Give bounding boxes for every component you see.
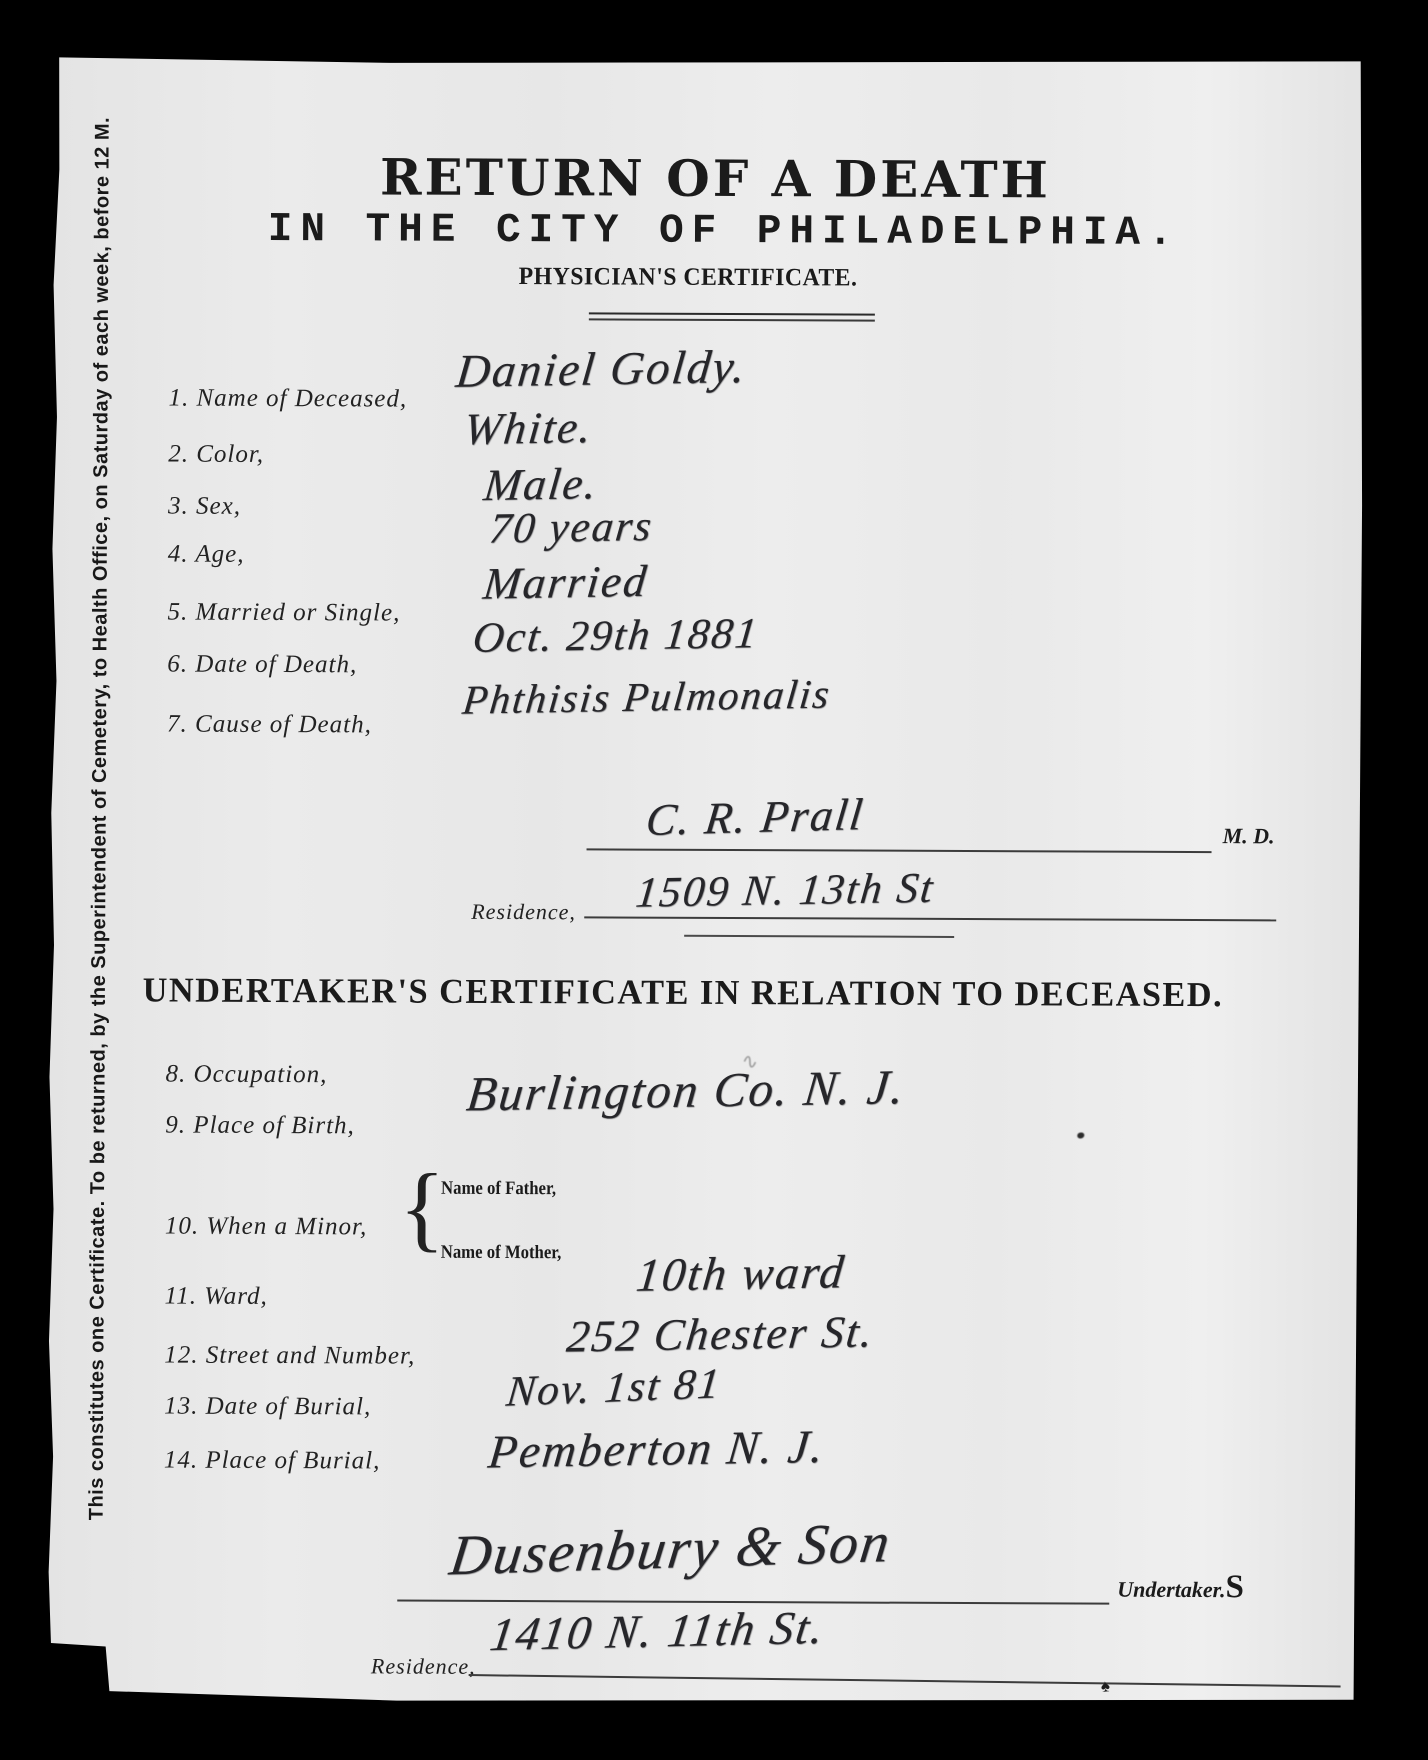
undertaker-residence-label: Residence, — [371, 1653, 476, 1679]
page-title: RETURN OF A DEATH — [115, 146, 1315, 210]
physician-certificate-heading: PHYSICIAN'S CERTIFICATE. — [118, 261, 1258, 294]
physician-signature-line: C. R. Prall — [587, 796, 1212, 853]
field-value-handwritten: Nov. 1st 81 — [504, 1362, 723, 1413]
field-value-handwritten: 70 years — [487, 505, 655, 551]
field-value-handwritten: Phthisis Pulmonalis — [461, 674, 833, 721]
field-value-handwritten: Oct. 29th 1881 — [471, 612, 761, 660]
field-value-handwritten: Male. — [482, 461, 601, 508]
field-label: 2. Color, — [168, 441, 264, 468]
undertaker-stamp-letter: S — [1225, 1569, 1244, 1605]
undertaker-suffix-group: Undertaker.S — [1117, 1569, 1244, 1607]
ornamental-divider — [589, 312, 875, 321]
scanned-document-background: This constitutes one Certificate. To be … — [0, 0, 1428, 1760]
field-row-name-of-deceased: 1. Name of Deceased, Daniel Goldy. — [168, 385, 1364, 424]
field-value-handwritten: Pemberton N. J. — [486, 1424, 827, 1477]
field-label: 5. Married or Single, — [168, 599, 401, 627]
field-label: 11. Ward, — [165, 1283, 268, 1310]
md-suffix: M. D. — [1223, 823, 1275, 849]
death-certificate-page: This constitutes one Certificate. To be … — [41, 54, 1366, 1710]
field-label: 14. Place of Burial, — [164, 1447, 381, 1475]
physician-residence-line: 1509 N. 13th St — [584, 868, 1276, 921]
physician-residence-value: 1509 N. 13th St — [634, 867, 937, 915]
name-of-father-label: Name of Father, — [441, 1178, 556, 1201]
field-row-age: 4. Age, 70 years — [168, 541, 1364, 580]
page-subtitle: IN THE CITY OF PHILADELPHIA. — [124, 206, 1324, 257]
field-label: 13. Date of Burial, — [164, 1393, 371, 1421]
field-row-sex: 3. Sex, Male. — [168, 493, 1364, 532]
field-row-place-of-birth: 9. Place of Birth, Burlington Co. N. J. — [165, 1112, 1361, 1151]
field-value-handwritten: Daniel Goldy. — [454, 344, 749, 396]
field-row-married-or-single: 5. Married or Single, Married — [167, 599, 1363, 638]
field-label: 8. Occupation, — [165, 1061, 327, 1089]
name-of-mother-label: Name of Mother, — [441, 1242, 562, 1265]
field-row-place-of-burial: 14. Place of Burial, Pemberton N. J. — [164, 1447, 1360, 1486]
undertaker-signature: Dusenbury & Son — [447, 1514, 895, 1584]
undertaker-residence-line: 1410 N. 11th St. — [469, 1604, 1342, 1687]
undertaker-suffix: Undertaker. — [1117, 1577, 1225, 1602]
ink-spade-mark: ♠ — [1100, 1676, 1111, 1697]
undertaker-signature-line: Dusenbury & Son — [397, 1518, 1109, 1605]
field-value-handwritten: 252 Chester St. — [565, 1309, 877, 1359]
short-rule — [684, 935, 954, 938]
field-label: 9. Place of Birth, — [165, 1112, 355, 1140]
field-row-color: 2. Color, White. — [168, 441, 1364, 480]
field-row-street-and-number: 12. Street and Number, 252 Chester St. — [164, 1342, 1360, 1381]
field-row-cause-of-death: 7. Cause of Death, Phthisis Pulmonalis — [167, 711, 1363, 750]
undertaker-certificate-heading: UNDERTAKER'S CERTIFICATE IN RELATION TO … — [95, 970, 1271, 1015]
physician-residence-label: Residence, — [471, 899, 576, 925]
field-label: 4. Age, — [168, 541, 245, 568]
field-label: 12. Street and Number, — [164, 1342, 415, 1370]
physician-signature: C. R. Prall — [644, 792, 867, 843]
sidebar-return-instruction: This constitutes one Certificate. To be … — [86, 204, 134, 1520]
field-value-handwritten: Married — [481, 559, 650, 607]
field-label: 7. Cause of Death, — [167, 711, 372, 739]
field-value-handwritten: 10th ward — [634, 1249, 848, 1299]
field-label: 3. Sex, — [168, 493, 241, 520]
field-label: 10. When a Minor, — [165, 1213, 368, 1241]
field-label: 1. Name of Deceased, — [168, 385, 407, 413]
field-row-when-a-minor: 10. When a Minor, — [165, 1213, 1361, 1252]
field-value-handwritten: Burlington Co. N. J. — [464, 1062, 908, 1118]
undertaker-residence-value: 1410 N. 11th St. — [487, 1605, 828, 1659]
field-label: 6. Date of Death, — [167, 651, 357, 679]
field-value-handwritten: White. — [462, 405, 595, 452]
